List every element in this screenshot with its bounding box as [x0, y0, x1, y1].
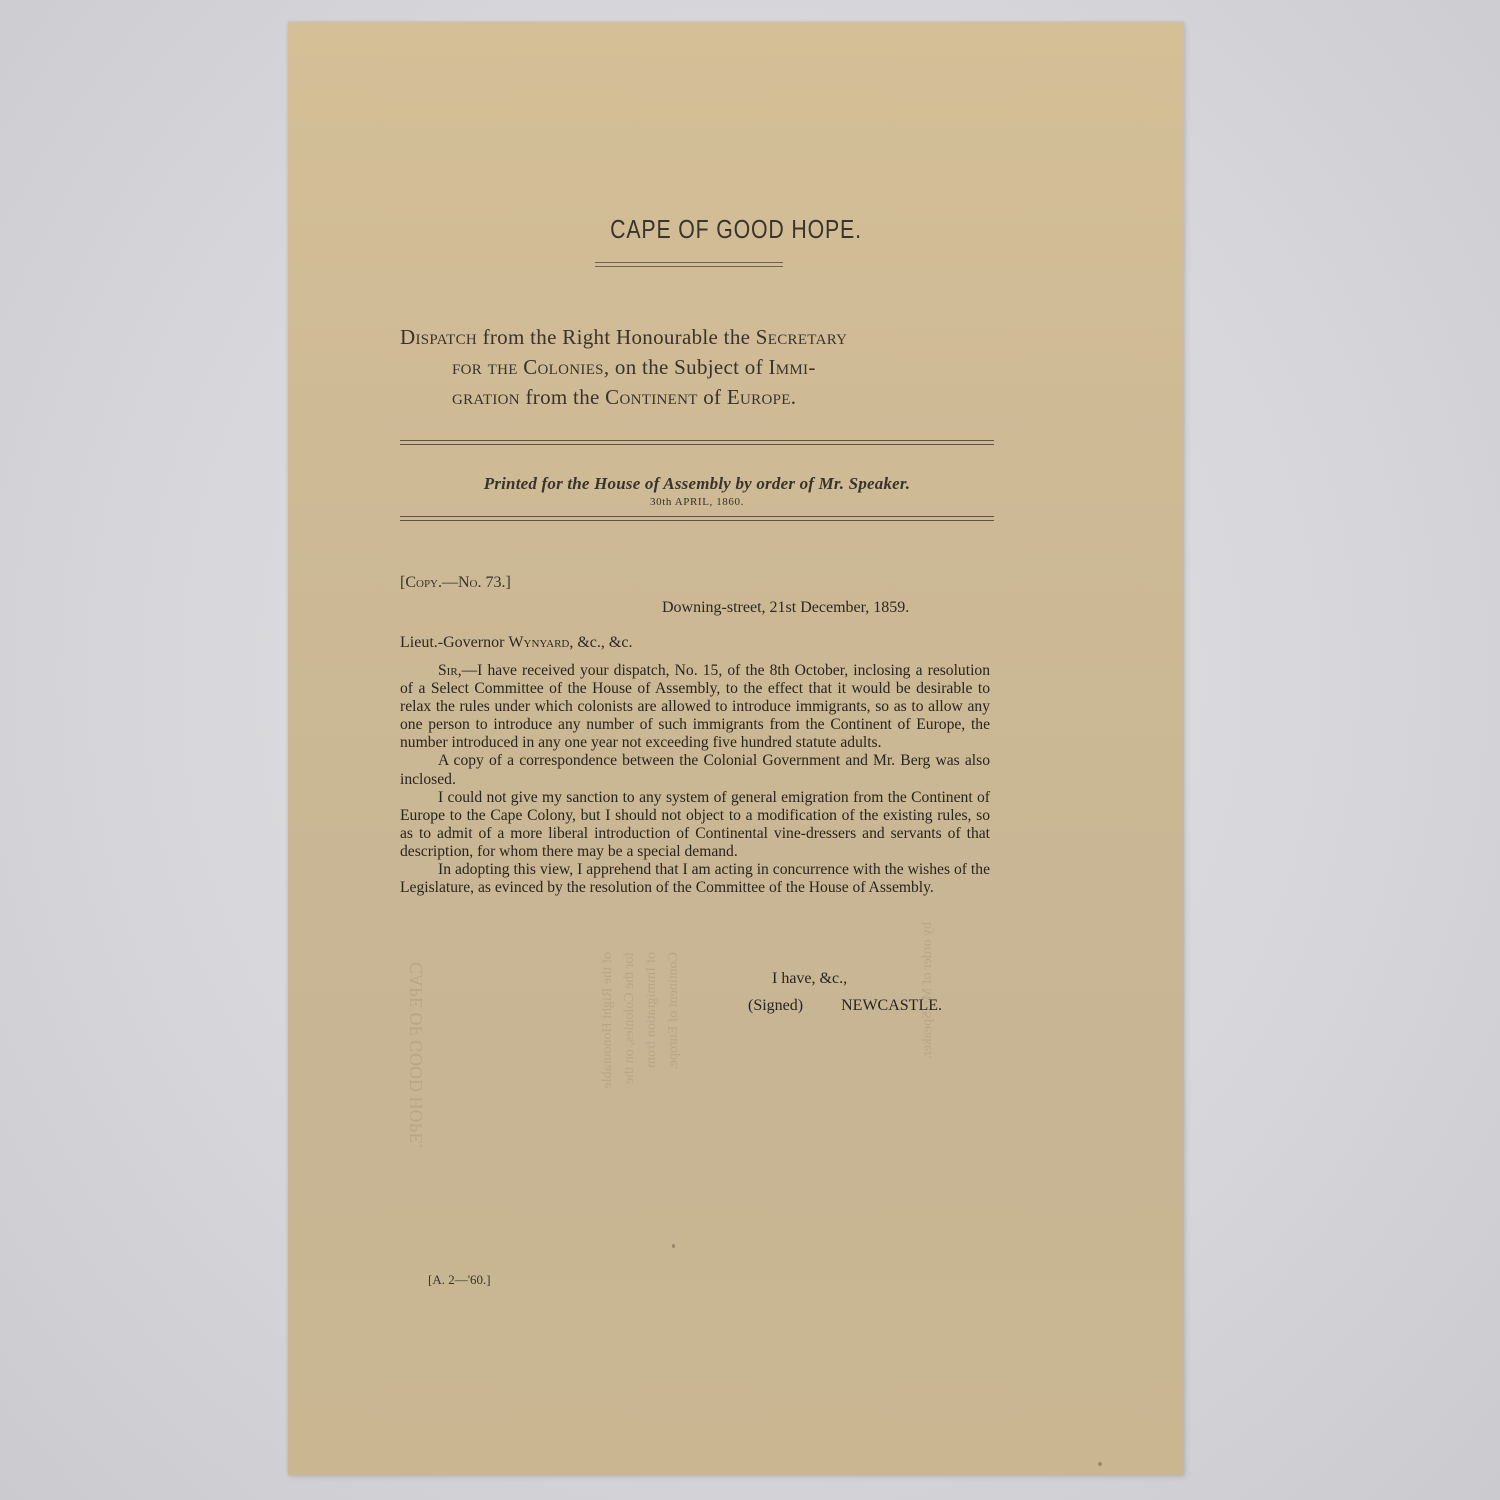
- signatory-name: NEWCASTLE.: [841, 997, 942, 1014]
- paper-speck: [672, 1244, 675, 1248]
- paper-speck: [1098, 1462, 1102, 1466]
- subtitle-part: Dispatch: [400, 325, 477, 349]
- subtitle-part: for the Colonies: [452, 355, 604, 379]
- addressee: Lieut.-Governor Wynyard, &c., &c.: [400, 634, 632, 652]
- printed-notice: Printed for the House of Assembly by ord…: [400, 474, 994, 494]
- paragraph-text: ,—I have received your dispatch, No. 15,…: [400, 662, 990, 751]
- letter-body: Sir,—I have received your dispatch, No. …: [400, 662, 990, 897]
- bleed-through-text: Continent of Europe.: [666, 952, 682, 1070]
- bleed-through-text: CAPE OF GOOD HOPE.: [406, 962, 427, 1148]
- subtitle-part: Immi-: [768, 355, 815, 379]
- subtitle-part: from the Right Honourable the: [477, 325, 756, 349]
- subtitle-part: Continent: [605, 385, 698, 409]
- copy-reference: [Copy.—No. 73.]: [400, 574, 511, 592]
- addressee-prefix: Lieut.-Governor: [400, 634, 508, 651]
- footer-reference: [A. 2—'60.]: [428, 1272, 491, 1288]
- paragraph: Sir,—I have received your dispatch, No. …: [400, 662, 990, 752]
- paragraph: A copy of a correspondence between the C…: [400, 752, 990, 788]
- subtitle-part: gration: [452, 385, 520, 409]
- subtitle-part: .: [791, 385, 797, 409]
- subtitle-part: Secretary: [756, 325, 848, 349]
- subtitle-part: Europe: [727, 385, 791, 409]
- document-page: CAPE OF GOOD HOPE. of the Right Honourab…: [288, 22, 1184, 1475]
- document-title: CAPE OF GOOD HOPE.: [369, 214, 1104, 245]
- subtitle-part: from the: [520, 385, 605, 409]
- addressee-suffix: , &c., &c.: [569, 634, 632, 651]
- place-and-date: Downing-street, 21st December, 1859.: [662, 599, 909, 617]
- closing-line: I have, &c.,: [772, 970, 847, 988]
- bleed-through-text: of the Right Honourable: [600, 952, 616, 1088]
- paragraph: I could not give my sanction to any syst…: [400, 789, 990, 861]
- bleed-through-text: of Immigration from: [644, 952, 660, 1068]
- bleed-through-text: by order of Mr. Speaker.: [920, 922, 936, 1059]
- signed-label: (Signed): [748, 997, 803, 1014]
- addressee-name: Wynyard: [508, 634, 569, 651]
- paragraph: In adopting this view, I apprehend that …: [400, 861, 990, 897]
- subtitle-part: , on the Subject of: [604, 355, 769, 379]
- printed-notice-top-rule: [400, 440, 994, 445]
- title-divider: [595, 262, 783, 267]
- bleed-through-text: for the Colonies, on the: [622, 952, 638, 1084]
- printed-date: 30th APRIL, 1860.: [400, 496, 994, 508]
- document-subtitle: Dispatch from the Right Honourable the S…: [400, 322, 994, 412]
- salutation: Sir: [438, 662, 458, 679]
- subtitle-part: of: [698, 385, 727, 409]
- signature-block: (Signed)NEWCASTLE.: [748, 997, 942, 1015]
- printed-notice-bottom-rule: [400, 516, 994, 521]
